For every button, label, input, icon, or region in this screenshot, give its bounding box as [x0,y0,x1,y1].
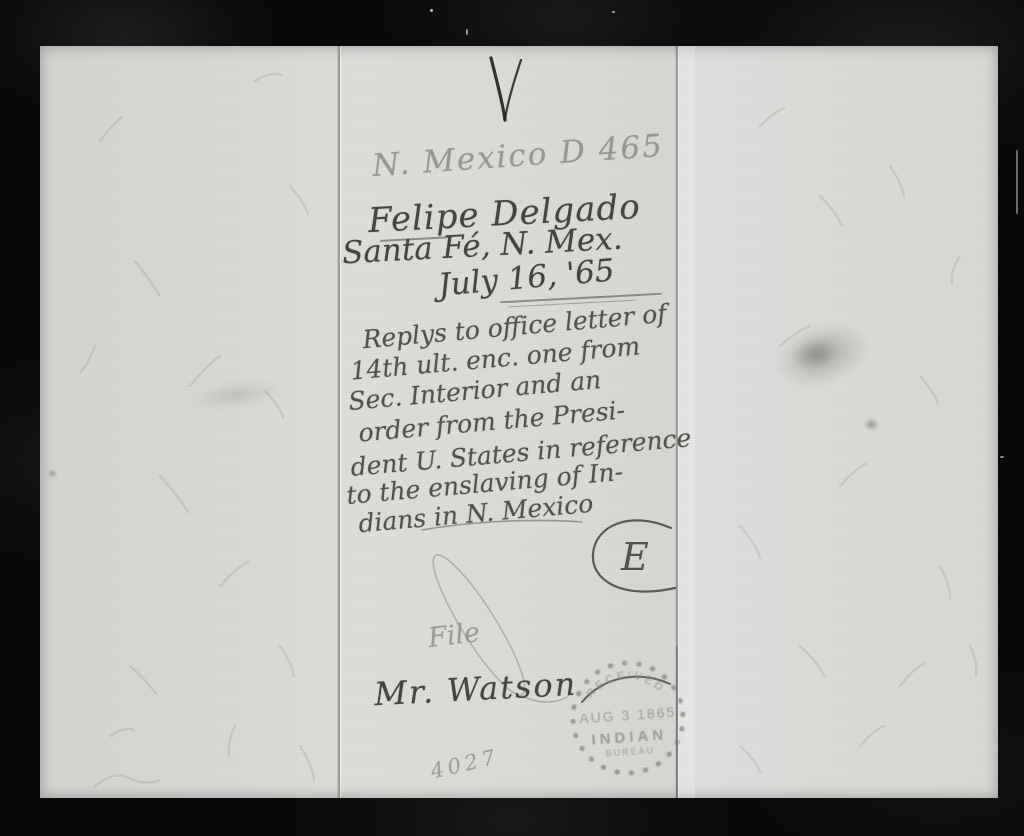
stamp-office: INDIAN [591,726,668,748]
check-mark-icon [483,52,529,128]
stamp-bureau: BUREAU [605,745,655,758]
microfilm-scan: N. Mexico D 465 Felipe Delgado Santa Fé,… [0,0,1024,836]
file-note: File [426,617,481,654]
dust-speck [1000,456,1004,458]
dust-speck [612,11,615,13]
stamp-date: AUG 3 1865 [579,704,677,727]
dust-speck [430,9,433,12]
enclosure-mark: E [620,535,649,579]
paragraph-flourish [418,516,588,536]
fold-crease-over-stamp [676,646,678,798]
film-scratch [1016,150,1018,214]
enclosure-mark-circle: E [585,514,689,606]
dust-speck [466,29,468,35]
received-stamp: RECEIVED AUG 3 1865 INDIAN BUREAU [556,649,701,788]
